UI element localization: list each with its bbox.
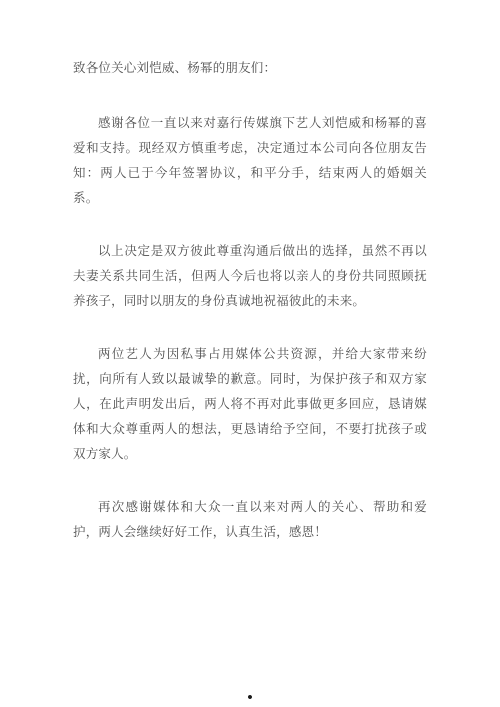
paragraph-list: 感谢各位一直以来对嘉行传媒旗下艺人刘恺威和杨幂的喜爱和支持。现经双方慎重考虑，决…: [73, 111, 427, 545]
paragraph: 感谢各位一直以来对嘉行传媒旗下艺人刘恺威和杨幂的喜爱和支持。现经双方慎重考虑，决…: [73, 111, 427, 211]
footer-dot: •: [242, 690, 258, 706]
paragraph: 以上决定是双方彼此尊重沟通后做出的选择，虽然不再以夫妻关系共同生活，但两人今后也…: [73, 239, 427, 314]
statement-page: 致各位关心刘恺威、杨幂的朋友们： 感谢各位一直以来对嘉行传媒旗下艺人刘恺威和杨幂…: [0, 0, 500, 707]
paragraph: 再次感谢媒体和大众一直以来对两人的关心、帮助和爱护，两人会继续好好工作，认真生活…: [73, 495, 427, 545]
statement-content: 致各位关心刘恺威、杨幂的朋友们： 感谢各位一直以来对嘉行传媒旗下艺人刘恺威和杨幂…: [73, 56, 427, 573]
paragraph: 两位艺人为因私事占用媒体公共资源，并给大家带来纷扰，向所有人致以最诚挚的歉意。同…: [73, 342, 427, 467]
salutation-line: 致各位关心刘恺威、杨幂的朋友们：: [73, 56, 427, 81]
